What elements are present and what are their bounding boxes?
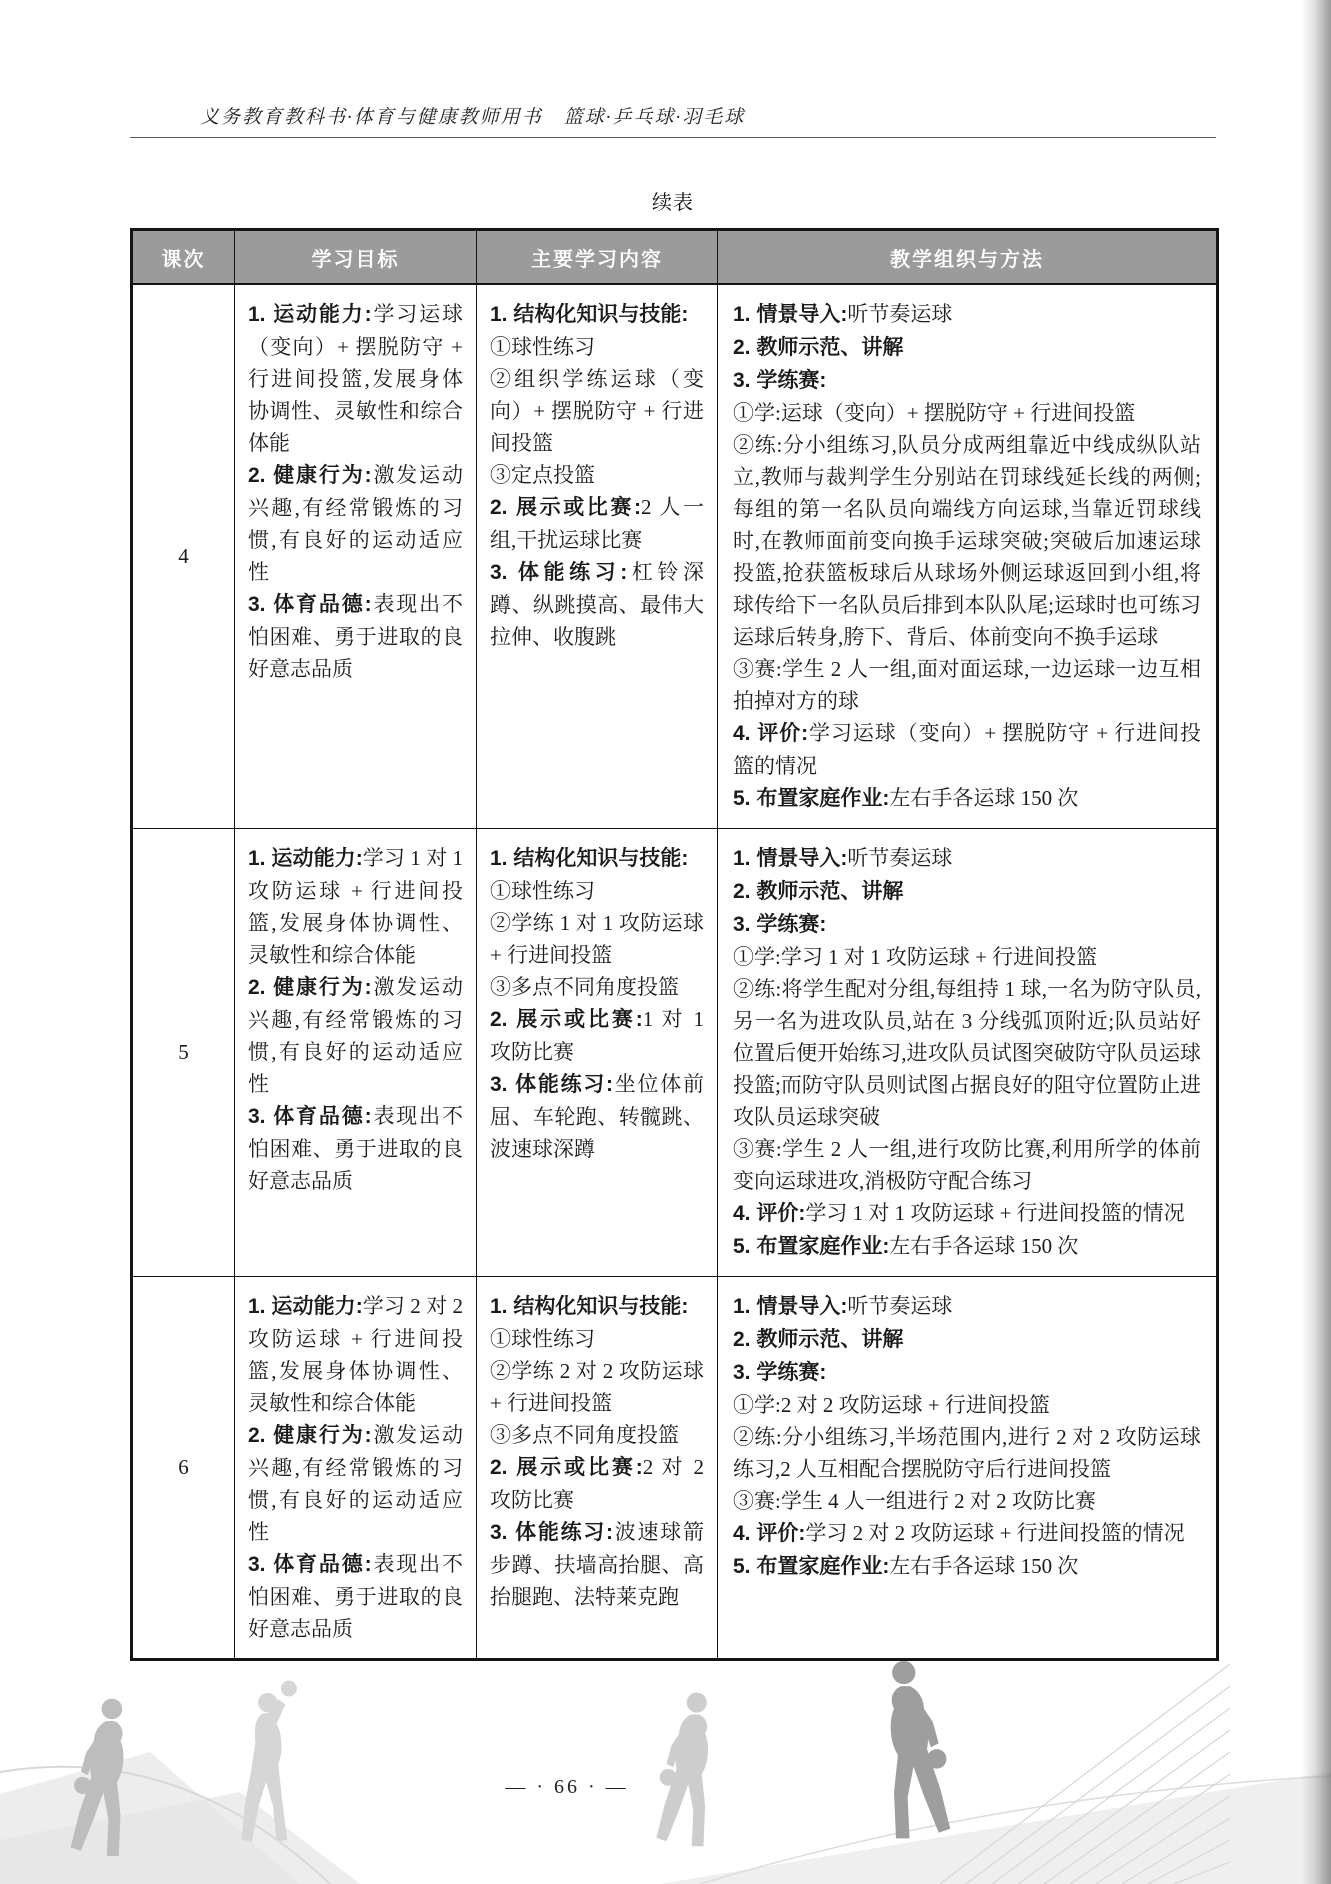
footer-slope-right <box>660 1772 1331 1884</box>
objectives-cell: 1. 运动能力:学习运球（变向）+ 摆脱防守 + 行进间投篮,发展身体协调性、灵… <box>235 284 477 829</box>
paragraph-text: ③定点投篮 <box>490 463 595 487</box>
paragraph-text: 听节奏运球 <box>847 846 952 870</box>
paragraph-text: ③赛:学生 4 人一组进行 2 对 2 攻防比赛 <box>733 1489 1096 1513</box>
paragraph-text: 学习 1 对 1 攻防运球 + 行进间投篮的情况 <box>805 1201 1184 1225</box>
paragraph-text: 听节奏运球 <box>847 302 952 326</box>
basketball-player-silhouette <box>241 1681 296 1842</box>
paragraph-text: 学习 2 对 2 攻防运球 + 行进间投篮的情况 <box>805 1521 1184 1545</box>
paragraph-text: ①学:运球（变向）+ 摆脱防守 + 行进间投篮 <box>733 401 1135 425</box>
page-edge-shadow <box>1301 0 1331 1884</box>
basketball-player-silhouette <box>656 1693 708 1847</box>
paragraph-label: 4. 评价: <box>733 722 808 745</box>
paragraph-label: 5. 布置家庭作业: <box>733 787 889 810</box>
header-rule <box>130 137 1216 138</box>
paragraph-text: ②练:将学生配对分组,每组持 1 球,一名为防守队员,另一名为进攻队员,站在 3… <box>733 977 1201 1129</box>
paragraph-label: 4. 评价: <box>733 1202 805 1225</box>
contents-cell: 1. 结构化知识与技能:①球性练习②学练 1 对 1 攻防运球 + 行进间投篮③… <box>477 829 718 1277</box>
cell-paragraph: 2. 健康行为:激发运动兴趣,有经常锻炼的习惯,有良好的运动适应性 <box>248 971 463 1100</box>
cell-paragraph: 1. 结构化知识与技能: <box>490 1290 704 1323</box>
cell-paragraph: 1. 运动能力:学习 2 对 2 攻防运球 + 行进间投篮,发展身体协调性、灵敏… <box>248 1290 463 1419</box>
cell-paragraph: ②学练 2 对 2 攻防运球 + 行进间投篮 <box>490 1355 704 1419</box>
paragraph-label: 1. 运动能力: <box>248 1295 363 1318</box>
paragraph-text: ③赛:学生 2 人一组,进行攻防比赛,利用所学的体前变向运球进攻,消极防守配合练… <box>733 1137 1201 1193</box>
cell-paragraph: ①球性练习 <box>490 331 704 363</box>
paragraph-label: 1. 结构化知识与技能: <box>490 1295 688 1318</box>
cell-paragraph: 2. 教师示范、讲解 <box>733 1323 1201 1356</box>
paragraph-label: 2. 教师示范、讲解 <box>733 880 903 903</box>
cell-paragraph: 3. 体能练习:杠铃深蹲、纵跳摸高、最伟大拉伸、收腹跳 <box>490 556 704 653</box>
cell-paragraph: ①球性练习 <box>490 875 704 907</box>
column-header-lesson: 课次 <box>132 230 235 285</box>
lesson-plan-table: 课次 学习目标 主要学习内容 教学组织与方法 41. 运动能力:学习运球（变向）… <box>130 228 1219 1661</box>
cell-paragraph: ③赛:学生 4 人一组进行 2 对 2 攻防比赛 <box>733 1485 1201 1517</box>
column-header-methods: 教学组织与方法 <box>718 230 1218 285</box>
paragraph-text: ①球性练习 <box>490 879 595 903</box>
paragraph-text: 听节奏运球 <box>847 1294 952 1318</box>
paragraph-label: 3. 体能练习: <box>490 1073 613 1096</box>
paragraph-label: 2. 教师示范、讲解 <box>733 1328 903 1351</box>
paragraph-label: 3. 学练赛: <box>733 1361 826 1384</box>
cell-paragraph: 2. 教师示范、讲解 <box>733 331 1201 364</box>
cell-paragraph: ①学:运球（变向）+ 摆脱防守 + 行进间投篮 <box>733 397 1201 429</box>
cell-paragraph: 4. 评价:学习 1 对 1 攻防运球 + 行进间投篮的情况 <box>733 1197 1201 1230</box>
cell-paragraph: ③定点投篮 <box>490 459 704 491</box>
paragraph-text: ③多点不同角度投篮 <box>490 975 679 999</box>
cell-paragraph: ②组织学练运球（变向）+ 摆脱防守 + 行进间投篮 <box>490 363 704 459</box>
footer-curve-right <box>700 1776 1331 1884</box>
cell-paragraph: ①学:学习 1 对 1 攻防运球 + 行进间投篮 <box>733 941 1201 973</box>
paragraph-text: ②学练 2 对 2 攻防运球 + 行进间投篮 <box>490 1359 704 1415</box>
cell-paragraph: ①学:2 对 2 攻防运球 + 行进间投篮 <box>733 1389 1201 1421</box>
page-number: — · 66 · — <box>467 1776 667 1799</box>
paragraph-text: 左右手各运球 150 次 <box>889 1234 1078 1258</box>
cell-paragraph: ②练:将学生配对分组,每组持 1 球,一名为防守队员,另一名为进攻队员,站在 3… <box>733 973 1201 1133</box>
paragraph-label: 1. 情景导入: <box>733 303 847 326</box>
cell-paragraph: 2. 健康行为:激发运动兴趣,有经常锻炼的习惯,有良好的运动适应性 <box>248 1419 463 1548</box>
cell-paragraph: 4. 评价:学习运球（变向）+ 摆脱防守 + 行进间投篮的情况 <box>733 717 1201 782</box>
paragraph-label: 4. 评价: <box>733 1522 805 1545</box>
lesson-number: 4 <box>132 284 235 829</box>
footer-curve-left <box>0 1767 330 1884</box>
cell-paragraph: ②练:分小组练习,队员分成两组靠近中线成纵队站立,教师与裁判学生分别站在罚球线延… <box>733 429 1201 653</box>
cell-paragraph: 1. 情景导入:听节奏运球 <box>733 298 1201 331</box>
cell-paragraph: 5. 布置家庭作业:左右手各运球 150 次 <box>733 1550 1201 1583</box>
contents-cell: 1. 结构化知识与技能:①球性练习②组织学练运球（变向）+ 摆脱防守 + 行进间… <box>477 284 718 829</box>
basketball-player-silhouette <box>71 1699 124 1856</box>
methods-cell: 1. 情景导入:听节奏运球2. 教师示范、讲解3. 学练赛:①学:学习 1 对 … <box>718 829 1218 1277</box>
cell-paragraph: 4. 评价:学习 2 对 2 攻防运球 + 行进间投篮的情况 <box>733 1517 1201 1550</box>
paragraph-text: ②学练 1 对 1 攻防运球 + 行进间投篮 <box>490 911 704 967</box>
paragraph-label: 3. 体能练习: <box>490 561 627 584</box>
cell-paragraph: 3. 学练赛: <box>733 908 1201 941</box>
cell-paragraph: 1. 结构化知识与技能: <box>490 842 704 875</box>
paragraph-label: 2. 展示或比赛: <box>490 1456 643 1479</box>
cell-paragraph: 3. 体育品德:表现出不怕困难、勇于进取的良好意志品质 <box>248 588 463 685</box>
table-row: 51. 运动能力:学习 1 对 1 攻防运球 + 行进间投篮,发展身体协调性、灵… <box>132 829 1218 1277</box>
column-header-contents: 主要学习内容 <box>477 230 718 285</box>
cell-paragraph: ①球性练习 <box>490 1323 704 1355</box>
cell-paragraph: 1. 结构化知识与技能: <box>490 298 704 331</box>
paragraph-label: 2. 展示或比赛: <box>490 1008 643 1031</box>
paragraph-label: 1. 运动能力: <box>248 847 363 870</box>
paragraph-label: 1. 情景导入: <box>733 847 847 870</box>
cell-paragraph: ③赛:学生 2 人一组,进行攻防比赛,利用所学的体前变向运球进攻,消极防守配合练… <box>733 1133 1201 1197</box>
running-head: 义务教育教科书·体育与健康教师用书 篮球·乒乓球·羽毛球 <box>200 102 745 129</box>
cell-paragraph: 3. 体育品德:表现出不怕困难、勇于进取的良好意志品质 <box>248 1548 463 1645</box>
paragraph-text: ②组织学练运球（变向）+ 摆脱防守 + 行进间投篮 <box>490 367 704 455</box>
table-row: 41. 运动能力:学习运球（变向）+ 摆脱防守 + 行进间投篮,发展身体协调性、… <box>132 284 1218 829</box>
basketball-player-silhouette <box>891 1661 951 1839</box>
paragraph-text: ①球性练习 <box>490 335 595 359</box>
contents-cell: 1. 结构化知识与技能:①球性练习②学练 2 对 2 攻防运球 + 行进间投篮③… <box>477 1277 718 1660</box>
paragraph-label: 2. 健康行为: <box>248 976 372 999</box>
paragraph-label: 1. 结构化知识与技能: <box>490 847 688 870</box>
cell-paragraph: ②练:分小组练习,半场范围内,进行 2 对 2 攻防运球练习,2 人互相配合摆脱… <box>733 1421 1201 1485</box>
footer-line-fan <box>940 1664 1230 1884</box>
cell-paragraph: ③多点不同角度投篮 <box>490 1419 704 1451</box>
paragraph-label: 1. 运动能力: <box>248 303 372 326</box>
table-row: 61. 运动能力:学习 2 对 2 攻防运球 + 行进间投篮,发展身体协调性、灵… <box>132 1277 1218 1660</box>
paragraph-label: 3. 体能练习: <box>490 1521 613 1544</box>
paragraph-label: 5. 布置家庭作业: <box>733 1235 889 1258</box>
lesson-number: 5 <box>132 829 235 1277</box>
table-caption: 续表 <box>130 186 1216 215</box>
paragraph-text: ③多点不同角度投篮 <box>490 1423 679 1447</box>
paragraph-label: 2. 教师示范、讲解 <box>733 336 903 359</box>
paragraph-label: 1. 情景导入: <box>733 1295 847 1318</box>
paragraph-text: ①学:2 对 2 攻防运球 + 行进间投篮 <box>733 1393 1050 1417</box>
paragraph-text: ①球性练习 <box>490 1327 595 1351</box>
cell-paragraph: 2. 教师示范、讲解 <box>733 875 1201 908</box>
cell-paragraph: 3. 体能练习:波速球箭步蹲、扶墙高抬腿、高抬腿跑、法特莱克跑 <box>490 1516 704 1613</box>
methods-cell: 1. 情景导入:听节奏运球2. 教师示范、讲解3. 学练赛:①学:运球（变向）+… <box>718 284 1218 829</box>
paragraph-label: 3. 学练赛: <box>733 369 826 392</box>
cell-paragraph: 1. 运动能力:学习 1 对 1 攻防运球 + 行进间投篮,发展身体协调性、灵敏… <box>248 842 463 971</box>
cell-paragraph: 5. 布置家庭作业:左右手各运球 150 次 <box>733 782 1201 815</box>
paragraph-text: ③赛:学生 2 人一组,面对面运球,一边运球一边互相拍掉对方的球 <box>733 657 1201 713</box>
paragraph-label: 2. 展示或比赛: <box>490 496 641 519</box>
cell-paragraph: ③赛:学生 2 人一组,面对面运球,一边运球一边互相拍掉对方的球 <box>733 653 1201 717</box>
paragraph-text: ②练:分小组练习,半场范围内,进行 2 对 2 攻防运球练习,2 人互相配合摆脱… <box>733 1425 1201 1481</box>
cell-paragraph: 2. 健康行为:激发运动兴趣,有经常锻炼的习惯,有良好的运动适应性 <box>248 459 463 588</box>
table-body: 41. 运动能力:学习运球（变向）+ 摆脱防守 + 行进间投篮,发展身体协调性、… <box>132 284 1218 1660</box>
objectives-cell: 1. 运动能力:学习 1 对 1 攻防运球 + 行进间投篮,发展身体协调性、灵敏… <box>235 829 477 1277</box>
cell-paragraph: 2. 展示或比赛:2 人一组,干扰运球比赛 <box>490 491 704 556</box>
paragraph-label: 3. 学练赛: <box>733 913 826 936</box>
footer-decoration <box>0 1644 1331 1884</box>
paragraph-text: ①学:学习 1 对 1 攻防运球 + 行进间投篮 <box>733 945 1097 969</box>
objectives-cell: 1. 运动能力:学习 2 对 2 攻防运球 + 行进间投篮,发展身体协调性、灵敏… <box>235 1277 477 1660</box>
paragraph-label: 3. 体育品德: <box>248 1553 372 1576</box>
cell-paragraph: 3. 体能练习:坐位体前屈、车轮跑、转髋跳、波速球深蹲 <box>490 1068 704 1165</box>
paragraph-label: 3. 体育品德: <box>248 593 372 616</box>
cell-paragraph: ③多点不同角度投篮 <box>490 971 704 1003</box>
paragraph-label: 5. 布置家庭作业: <box>733 1555 889 1578</box>
footer-slope-left <box>0 1752 300 1884</box>
cell-paragraph: 1. 情景导入:听节奏运球 <box>733 1290 1201 1323</box>
footer-slope-left-2 <box>0 1792 360 1884</box>
book-page: 义务教育教科书·体育与健康教师用书 篮球·乒乓球·羽毛球 续表 课次 学习目标 … <box>0 0 1331 1884</box>
paragraph-text: 左右手各运球 150 次 <box>889 786 1078 810</box>
table-header: 课次 学习目标 主要学习内容 教学组织与方法 <box>132 230 1218 285</box>
cell-paragraph: 3. 学练赛: <box>733 364 1201 397</box>
paragraph-text: ②练:分小组练习,队员分成两组靠近中线成纵队站立,教师与裁判学生分别站在罚球线延… <box>733 433 1201 649</box>
paragraph-label: 2. 健康行为: <box>248 1424 372 1447</box>
cell-paragraph: 1. 运动能力:学习运球（变向）+ 摆脱防守 + 行进间投篮,发展身体协调性、灵… <box>248 298 463 459</box>
cell-paragraph: 1. 情景导入:听节奏运球 <box>733 842 1201 875</box>
cell-paragraph: 2. 展示或比赛:1 对 1 攻防比赛 <box>490 1003 704 1068</box>
methods-cell: 1. 情景导入:听节奏运球2. 教师示范、讲解3. 学练赛:①学:2 对 2 攻… <box>718 1277 1218 1660</box>
cell-paragraph: 2. 展示或比赛:2 对 2 攻防比赛 <box>490 1451 704 1516</box>
paragraph-label: 3. 体育品德: <box>248 1105 372 1128</box>
paragraph-text: 左右手各运球 150 次 <box>889 1554 1078 1578</box>
paragraph-label: 2. 健康行为: <box>248 464 372 487</box>
paragraph-label: 1. 结构化知识与技能: <box>490 303 688 326</box>
column-header-objectives: 学习目标 <box>235 230 477 285</box>
cell-paragraph: ②学练 1 对 1 攻防运球 + 行进间投篮 <box>490 907 704 971</box>
cell-paragraph: 5. 布置家庭作业:左右手各运球 150 次 <box>733 1230 1201 1263</box>
header-row: 课次 学习目标 主要学习内容 教学组织与方法 <box>132 230 1218 285</box>
cell-paragraph: 3. 体育品德:表现出不怕困难、勇于进取的良好意志品质 <box>248 1100 463 1197</box>
cell-paragraph: 3. 学练赛: <box>733 1356 1201 1389</box>
lesson-number: 6 <box>132 1277 235 1660</box>
